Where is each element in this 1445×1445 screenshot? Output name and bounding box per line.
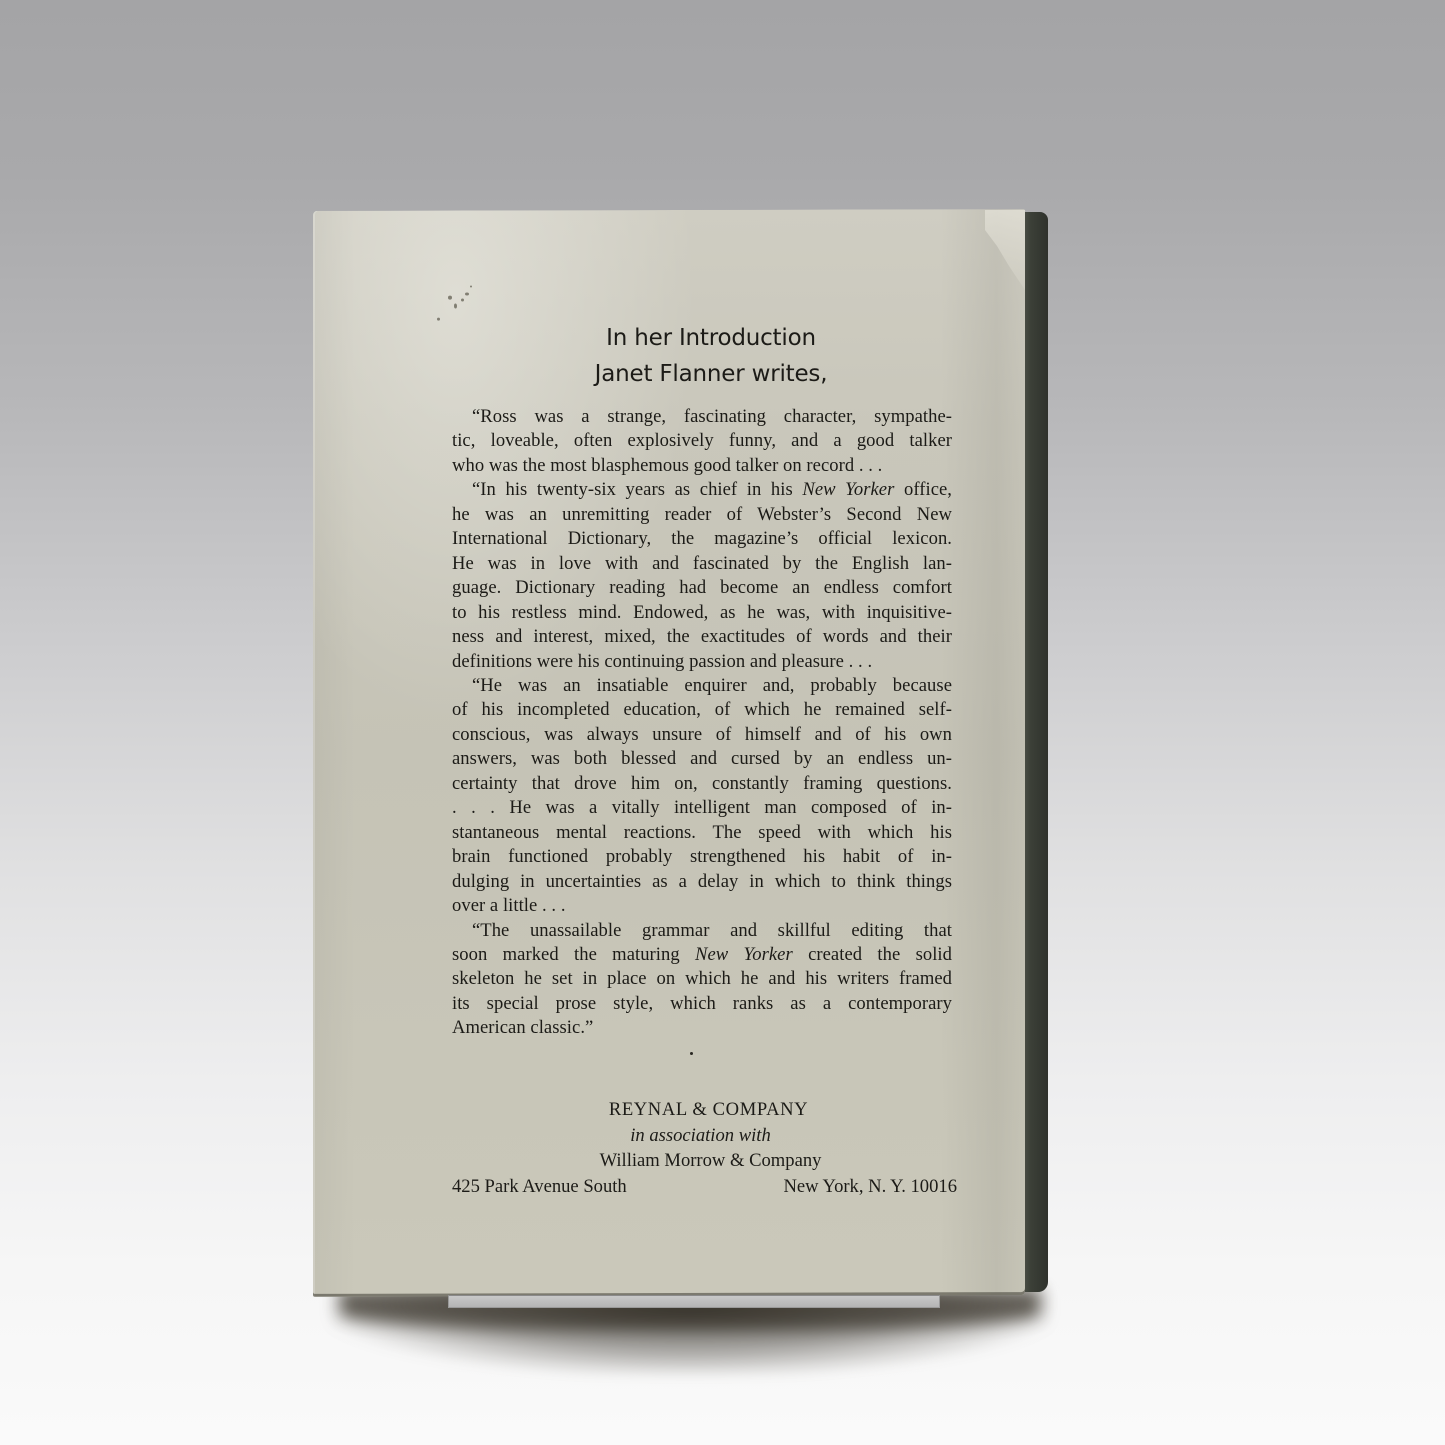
ink-dot <box>690 1052 693 1055</box>
quote-line: conscious, was always unsure of himself … <box>452 723 952 747</box>
publisher-partner: William Morrow & Company <box>464 1148 957 1174</box>
quote-line: dulging in uncertainties as a delay in w… <box>452 870 952 894</box>
heading-line: In her Introduction <box>470 320 952 356</box>
stain-mark <box>465 293 469 296</box>
quote-line: American classic.” <box>452 1016 952 1040</box>
quote-body: “Ross was a strange, fascinating charact… <box>452 405 952 1041</box>
quote-line: . . . He was a vitally intelligent man c… <box>452 796 952 820</box>
publisher-association: in association with <box>444 1123 957 1149</box>
cover-heading: In her Introduction Janet Flanner writes… <box>470 320 952 392</box>
quote-line: International Dictionary, the magazine’s… <box>452 527 952 551</box>
quote-line: to his restless mind. Endowed, as he was… <box>452 601 952 625</box>
stain-mark <box>437 318 440 321</box>
publisher-name: REYNAL & COMPANY <box>460 1097 957 1123</box>
publisher-address: 425 Park Avenue South New York, N. Y. 10… <box>452 1174 957 1200</box>
quote-line: definitions were his continuing passion … <box>452 650 952 674</box>
acrylic-stand <box>448 1295 940 1308</box>
quote-line: ness and interest, mixed, the exactitude… <box>452 625 952 649</box>
address-city: New York, N. Y. 10016 <box>783 1174 957 1200</box>
quote-line: of his incompleted education, of which h… <box>452 698 952 722</box>
quote-line: its special prose style, which ranks as … <box>452 992 952 1016</box>
quote-line: he was an unremitting reader of Webster’… <box>452 503 952 527</box>
quote-line: He was in love with and fascinated by th… <box>452 552 952 576</box>
quote-line: skeleton he set in place on which he and… <box>452 967 952 991</box>
quote-line: brain functioned probably strengthened h… <box>452 845 952 869</box>
quote-line: “In his twenty-six years as chief in his… <box>452 478 952 502</box>
quote-line: stantaneous mental reactions. The speed … <box>452 821 952 845</box>
cover-text: In her Introduction Janet Flanner writes… <box>452 320 952 1041</box>
quote-paragraph: “The unassailable grammar and skillful e… <box>452 919 952 1041</box>
stain-mark <box>461 299 464 302</box>
publisher-block: REYNAL & COMPANY in association with Wil… <box>452 1097 957 1199</box>
quote-line: “He was an insatiable enquirer and, prob… <box>452 674 952 698</box>
quote-paragraph: “In his twenty-six years as chief in his… <box>452 478 952 674</box>
address-street: 425 Park Avenue South <box>452 1174 627 1200</box>
stain-mark <box>470 286 472 288</box>
quote-paragraph: “He was an insatiable enquirer and, prob… <box>452 674 952 919</box>
quote-line: who was the most blasphemous good talker… <box>452 454 952 478</box>
stain-mark <box>454 304 457 309</box>
quote-line: “Ross was a strange, fascinating charact… <box>452 405 952 429</box>
quote-line: “The unassailable grammar and skillful e… <box>452 919 952 943</box>
quote-paragraph: “Ross was a strange, fascinating charact… <box>452 405 952 478</box>
quote-line: answers, was both blessed and cursed by … <box>452 747 952 771</box>
quote-line: guage. Dictionary reading had become an … <box>452 576 952 600</box>
quote-line: soon marked the maturing New Yorker crea… <box>452 943 952 967</box>
quote-line: certainty that drove him on, constantly … <box>452 772 952 796</box>
quote-line: over a little . . . <box>452 894 952 918</box>
stain-mark <box>448 296 452 300</box>
quote-line: tic, loveable, often explosively funny, … <box>452 429 952 453</box>
heading-line: Janet Flanner writes, <box>470 356 952 392</box>
